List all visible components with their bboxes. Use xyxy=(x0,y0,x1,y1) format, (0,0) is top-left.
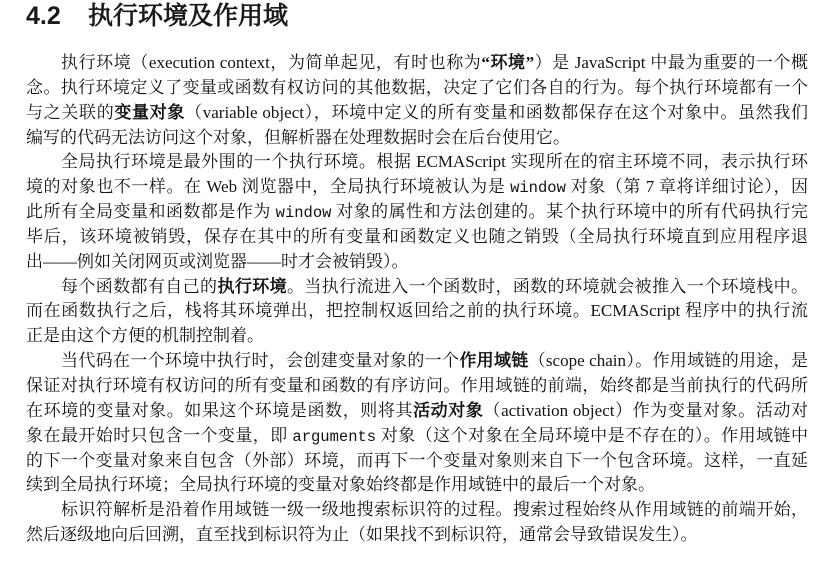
paragraph: 执行环境（execution context，为简单起见，有时也称为“环境”）是… xyxy=(26,51,808,150)
text-line: 的下一个变量对象来自包含（外部）环境，而再下一个变量对象则来自下一个包含环境。这… xyxy=(26,449,808,474)
text-run: 的下一个变量对象来自包含（外部）环境，而再下一个变量对象则来自下一个包含环境。这… xyxy=(26,451,808,470)
text-run: 出——例如关闭网页或浏览器——时才会被销毁）。 xyxy=(26,252,409,271)
code-term: window xyxy=(510,179,566,197)
code-term: window xyxy=(276,204,332,222)
key-term: “环境” xyxy=(481,53,534,72)
text-run: 而在函数执行之后，栈将其环境弹出，把控制权返回给之前的执行环境。ECMAScri… xyxy=(26,301,808,320)
text-run: 在环境的变量对象。如果这个环境是函数，则将其 xyxy=(26,401,413,420)
text-run: 与之关联的 xyxy=(26,103,114,122)
paragraph: 当代码在一个环境中执行时，会创建变量对象的一个作用域链（scope chain）… xyxy=(26,349,808,498)
section-heading: 4.2执行环境及作用域 xyxy=(26,0,288,32)
text-run: （scope chain）。作用域链的用途，是 xyxy=(529,351,808,370)
text-line: 毕后，该环境被销毁，保存在其中的所有变量和函数定义也随之销毁（全局执行环境直到应… xyxy=(26,225,808,250)
text-run: （variable object），环境中定义的所有变量和函数都保存在这个对象中… xyxy=(185,103,808,122)
key-term: 变量对象 xyxy=(114,103,185,122)
key-term: 作用域链 xyxy=(459,351,528,370)
text-run: 正是由这个方便的机制控制着。 xyxy=(26,326,264,345)
text-line: 境的对象也不一样。在 Web 浏览器中，全局执行环境被认为是 window 对象… xyxy=(26,175,808,200)
text-run: 此所有全局变量和函数都是作为 xyxy=(26,202,276,221)
text-line: 此所有全局变量和函数都是作为 window 对象的属性和方法创建的。某个执行环境… xyxy=(26,200,808,225)
paragraph: 标识符解析是沿着作用域链一级一级地搜索标识符的过程。搜索过程始终从作用域链的前端… xyxy=(26,498,808,548)
text-run: 每个函数都有自己的 xyxy=(61,277,217,296)
text-run: 境的对象也不一样。在 Web 浏览器中，全局执行环境被认为是 xyxy=(26,177,510,196)
text-run: 对象的属性和方法创建的。某个执行环境中的所有代码执行完 xyxy=(331,202,808,221)
text-line: 当代码在一个环境中执行时，会创建变量对象的一个作用域链（scope chain）… xyxy=(26,349,808,374)
text-line: 每个函数都有自己的执行环境。当执行流进入一个函数时，函数的环境就会被推入一个环境… xyxy=(26,275,808,300)
paragraph: 全局执行环境是最外围的一个执行环境。根据 ECMAScript 实现所在的宿主环… xyxy=(26,150,808,274)
text-run: （activation object）作为变量对象。活动对 xyxy=(483,401,808,420)
text-run: 编写的代码无法访问这个对象，但解析器在处理数据时会在后台使用它。 xyxy=(26,128,570,147)
section-number: 4.2 xyxy=(26,0,88,32)
text-run: 续到全局执行环境；全局执行环境的变量对象始终都是作用域链中的最后一个对象。 xyxy=(26,475,655,494)
text-line: 全局执行环境是最外围的一个执行环境。根据 ECMAScript 实现所在的宿主环… xyxy=(26,150,808,175)
text-run: 当代码在一个环境中执行时，会创建变量对象的一个 xyxy=(61,351,459,370)
text-line: 正是由这个方便的机制控制着。 xyxy=(26,324,808,349)
text-line: 与之关联的变量对象（variable object），环境中定义的所有变量和函数… xyxy=(26,101,808,126)
text-run: 象在最开始时只包含一个变量，即 xyxy=(26,426,292,445)
document-page: 4.2执行环境及作用域 执行环境（execution context，为简单起见… xyxy=(0,0,832,579)
code-term: arguments xyxy=(292,428,376,446)
key-term: 执行环境 xyxy=(217,277,287,296)
text-line: 象在最开始时只包含一个变量，即 arguments 对象（这个对象在全局环境中是… xyxy=(26,424,808,449)
text-run: 保证对执行环境有权访问的所有变量和函数的有序访问。作用域链的前端，始终都是当前执… xyxy=(26,376,808,395)
text-line: 然后逐级地向后回溯，直至找到标识符为止（如果找不到标识符，通常会导致错误发生）。 xyxy=(26,523,808,548)
text-run: 毕后，该环境被销毁，保存在其中的所有变量和函数定义也随之销毁（全局执行环境直到应… xyxy=(26,227,808,246)
text-run: 全局执行环境是最外围的一个执行环境。根据 ECMAScript 实现所在的宿主环… xyxy=(61,152,808,171)
text-line: 在环境的变量对象。如果这个环境是函数，则将其活动对象（activation ob… xyxy=(26,399,808,424)
text-run: ）是 JavaScript 中最为重要的一个概 xyxy=(534,53,808,72)
text-line: 执行环境（execution context，为简单起见，有时也称为“环境”）是… xyxy=(26,51,808,76)
text-line: 出——例如关闭网页或浏览器——时才会被销毁）。 xyxy=(26,250,808,275)
text-run: 。当执行流进入一个函数时，函数的环境就会被推入一个环境栈中。 xyxy=(287,277,808,296)
text-line: 标识符解析是沿着作用域链一级一级地搜索标识符的过程。搜索过程始终从作用域链的前端… xyxy=(26,498,808,523)
text-run: 执行环境（execution context，为简单起见，有时也称为 xyxy=(61,53,481,72)
text-line: 保证对执行环境有权访问的所有变量和函数的有序访问。作用域链的前端，始终都是当前执… xyxy=(26,374,808,399)
section-title: 执行环境及作用域 xyxy=(88,2,288,30)
text-run: 然后逐级地向后回溯，直至找到标识符为止（如果找不到标识符，通常会导致错误发生）。 xyxy=(26,525,698,544)
text-run: 标识符解析是沿着作用域链一级一级地搜索标识符的过程。搜索过程始终从作用域链的前端… xyxy=(61,500,808,519)
body-text: 执行环境（execution context，为简单起见，有时也称为“环境”）是… xyxy=(26,51,808,548)
text-run: 对象（这个对象在全局环境中是不存在的）。作用域链中 xyxy=(376,426,808,445)
text-run: 念。执行环境定义了变量或函数有权访问的其他数据，决定了它们各自的行为。每个执行环… xyxy=(26,78,808,97)
text-line: 念。执行环境定义了变量或函数有权访问的其他数据，决定了它们各自的行为。每个执行环… xyxy=(26,76,808,101)
paragraph: 每个函数都有自己的执行环境。当执行流进入一个函数时，函数的环境就会被推入一个环境… xyxy=(26,275,808,350)
text-line: 编写的代码无法访问这个对象，但解析器在处理数据时会在后台使用它。 xyxy=(26,126,808,151)
text-line: 而在函数执行之后，栈将其环境弹出，把控制权返回给之前的执行环境。ECMAScri… xyxy=(26,299,808,324)
text-line: 续到全局执行环境；全局执行环境的变量对象始终都是作用域链中的最后一个对象。 xyxy=(26,473,808,498)
key-term: 活动对象 xyxy=(413,401,483,420)
text-run: 对象（第 7 章将详细讨论），因 xyxy=(566,177,808,196)
